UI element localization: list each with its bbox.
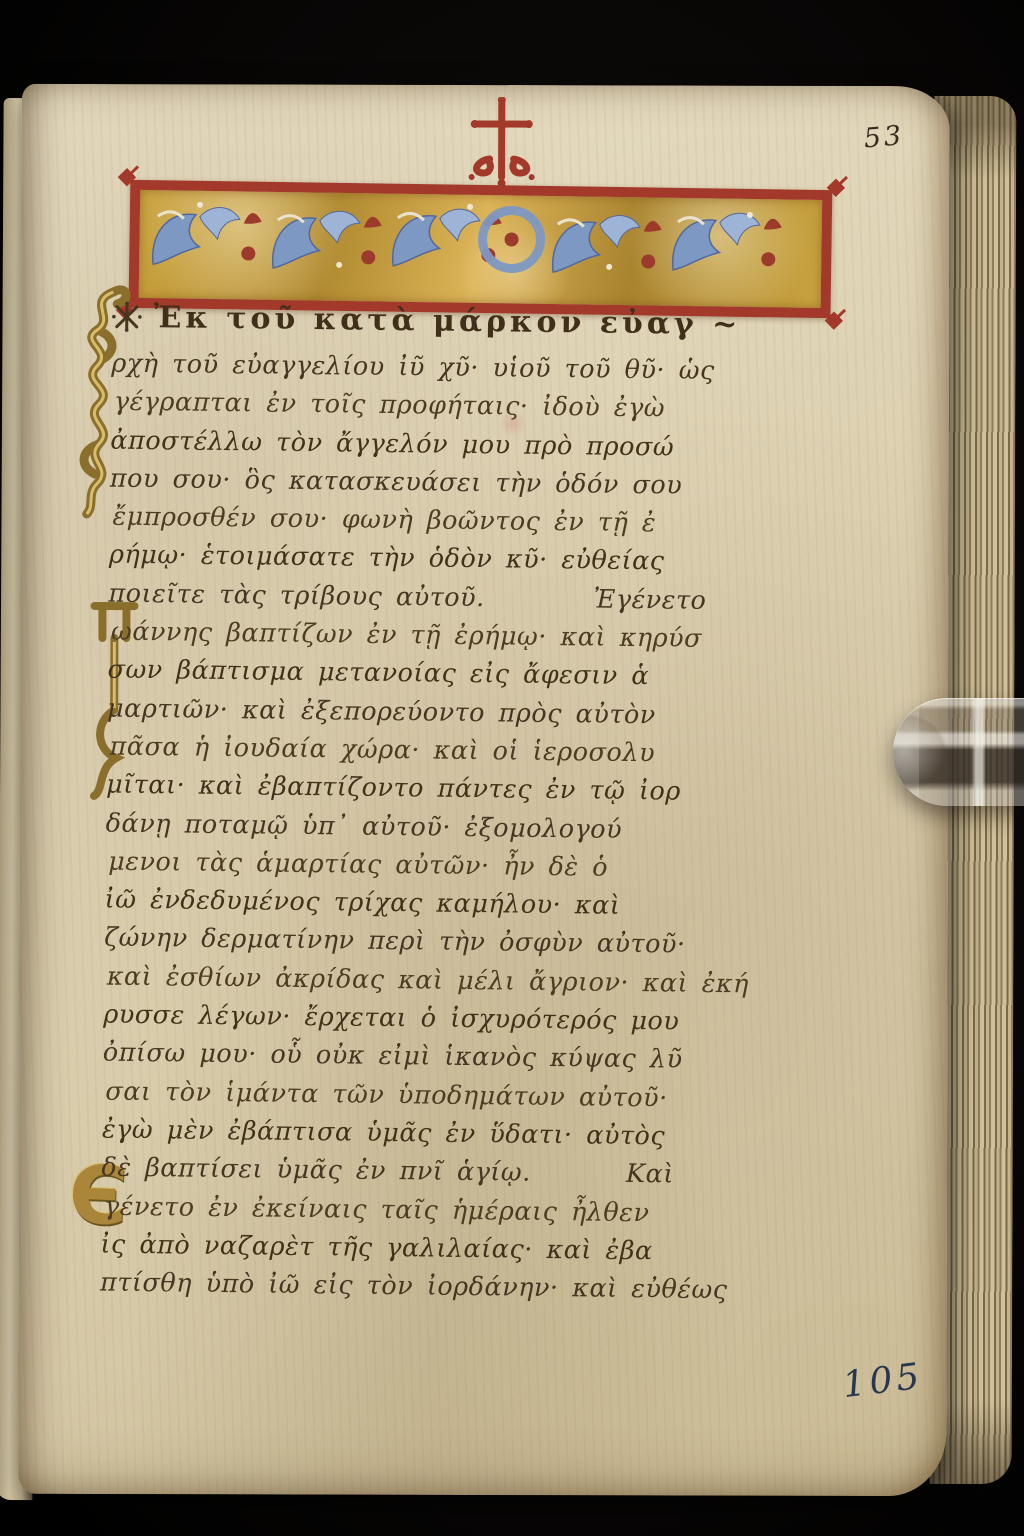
corner-finial-icon [118,168,136,186]
text-block: Ἐκ τοῦ κατὰ μάρκον εὐαγ ~ ρχὴ τοῦ εὐαγγε… [100,293,832,1311]
manuscript-photo: 53 [0,0,1024,1536]
glass-page-weight [893,698,1024,806]
folio-number: 53 [863,117,945,155]
corner-finial-icon [827,179,845,197]
text-line: πτίσθη ὑπὸ ἰῶ εἰς τὸν ἰορδάνην· καὶ εὐθέ… [100,1264,820,1311]
page-number: 105 [840,1351,949,1406]
chapter-title: Ἐκ τοῦ κατὰ μάρκον εὐαγ ~ [154,300,742,342]
foliate-ornament-icon [139,190,802,288]
asterisk-ornament-icon [112,302,142,332]
cross-icon [460,97,544,189]
manuscript-page: 53 [18,84,950,1496]
title-row: Ἐκ τοῦ κατὰ μάρκον εὐαγ ~ [112,293,833,350]
